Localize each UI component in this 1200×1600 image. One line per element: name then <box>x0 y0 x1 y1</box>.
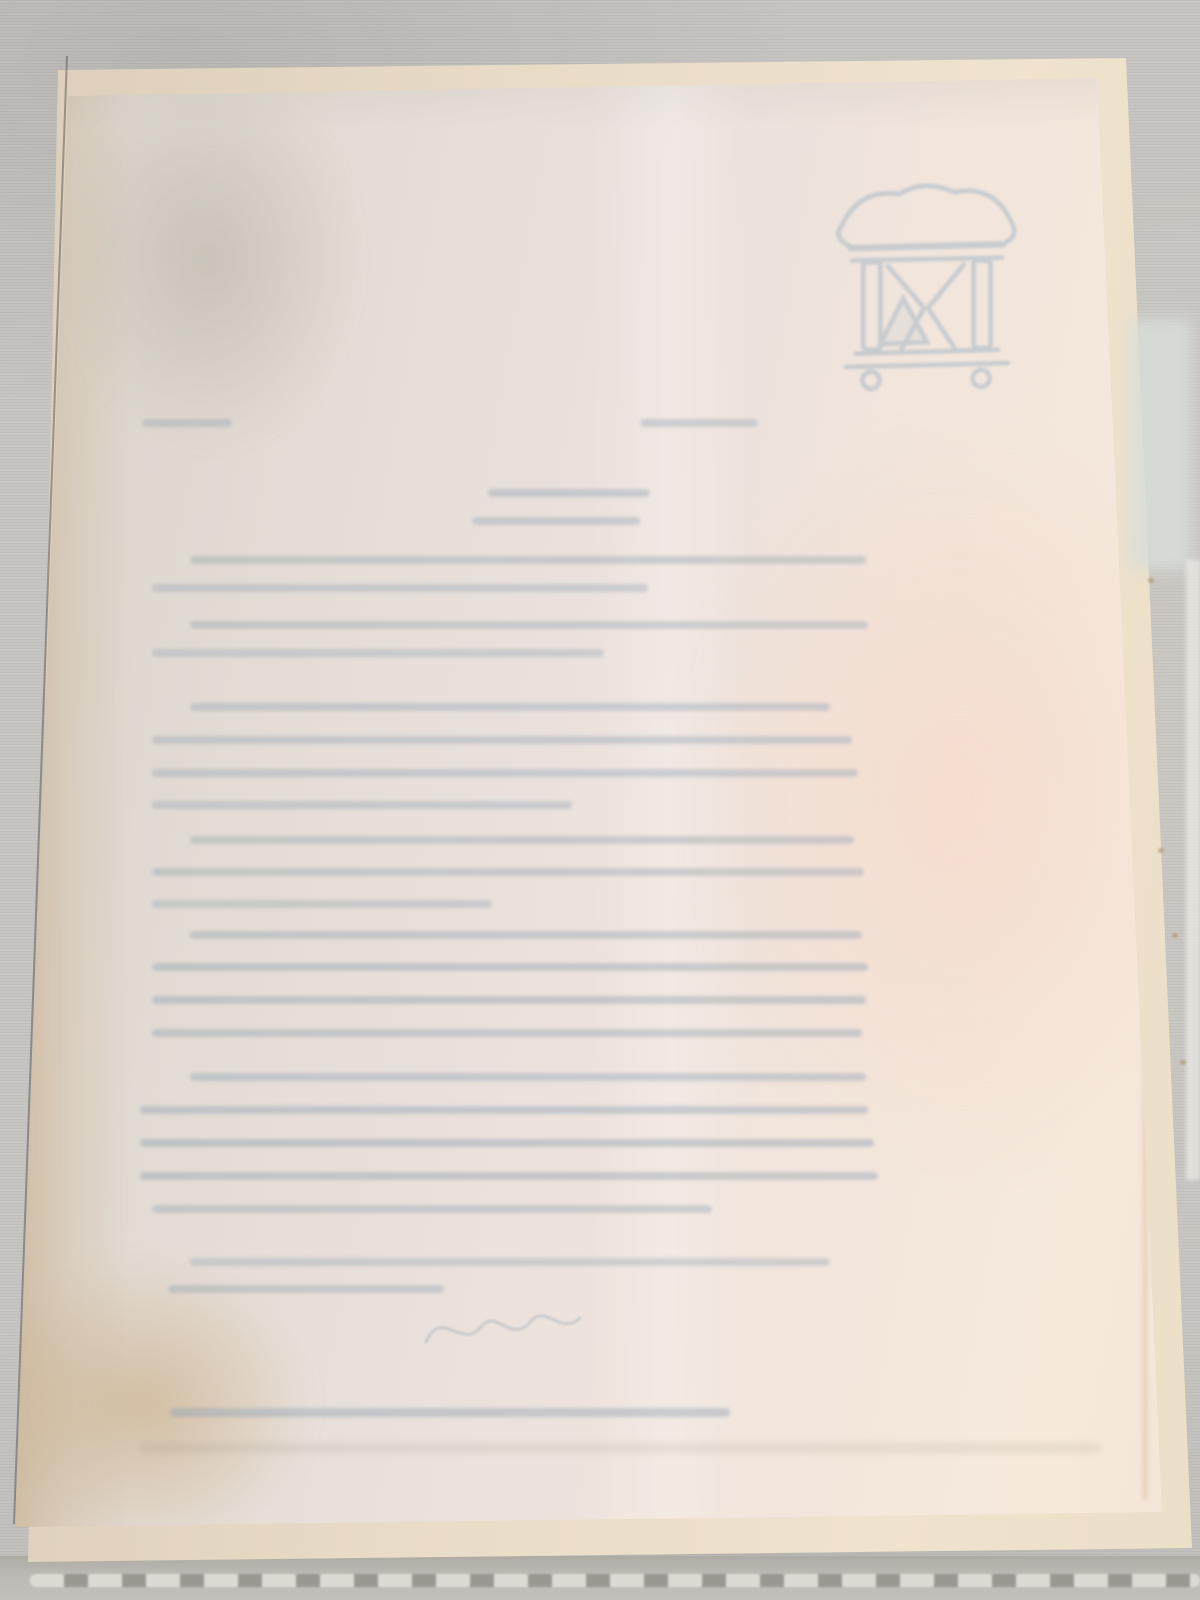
para4-line3 <box>152 900 492 908</box>
bottom-caption-line <box>170 1408 730 1417</box>
para5-line1 <box>190 931 862 939</box>
date-left-line <box>142 419 232 427</box>
para2-line2 <box>152 649 604 657</box>
heading-line-2 <box>472 517 640 525</box>
para6-line4 <box>140 1172 878 1180</box>
para6-line5 <box>152 1205 712 1213</box>
para1-line2 <box>152 584 648 592</box>
closing-line2 <box>168 1285 444 1293</box>
date-right-line <box>640 419 758 427</box>
para4-line1 <box>190 836 854 844</box>
signature-mark <box>420 1300 590 1360</box>
para5-line2 <box>152 963 868 971</box>
heading-line-1 <box>488 489 650 497</box>
closing-line1 <box>190 1258 830 1266</box>
para3-line4 <box>152 801 572 809</box>
para5-line3 <box>152 996 866 1004</box>
para5-line4 <box>152 1029 862 1037</box>
para3-line2 <box>152 736 852 744</box>
letter-sheet <box>0 0 1200 1600</box>
para3-line3 <box>152 769 858 777</box>
faded-text-layer <box>0 0 1200 1600</box>
para2-line1 <box>190 621 868 629</box>
para1-line1 <box>190 556 866 564</box>
para6-line1 <box>190 1073 866 1081</box>
para4-line2 <box>152 868 864 876</box>
para3-line1 <box>190 703 830 711</box>
para6-line2 <box>140 1106 868 1114</box>
para6-line3 <box>140 1139 874 1147</box>
